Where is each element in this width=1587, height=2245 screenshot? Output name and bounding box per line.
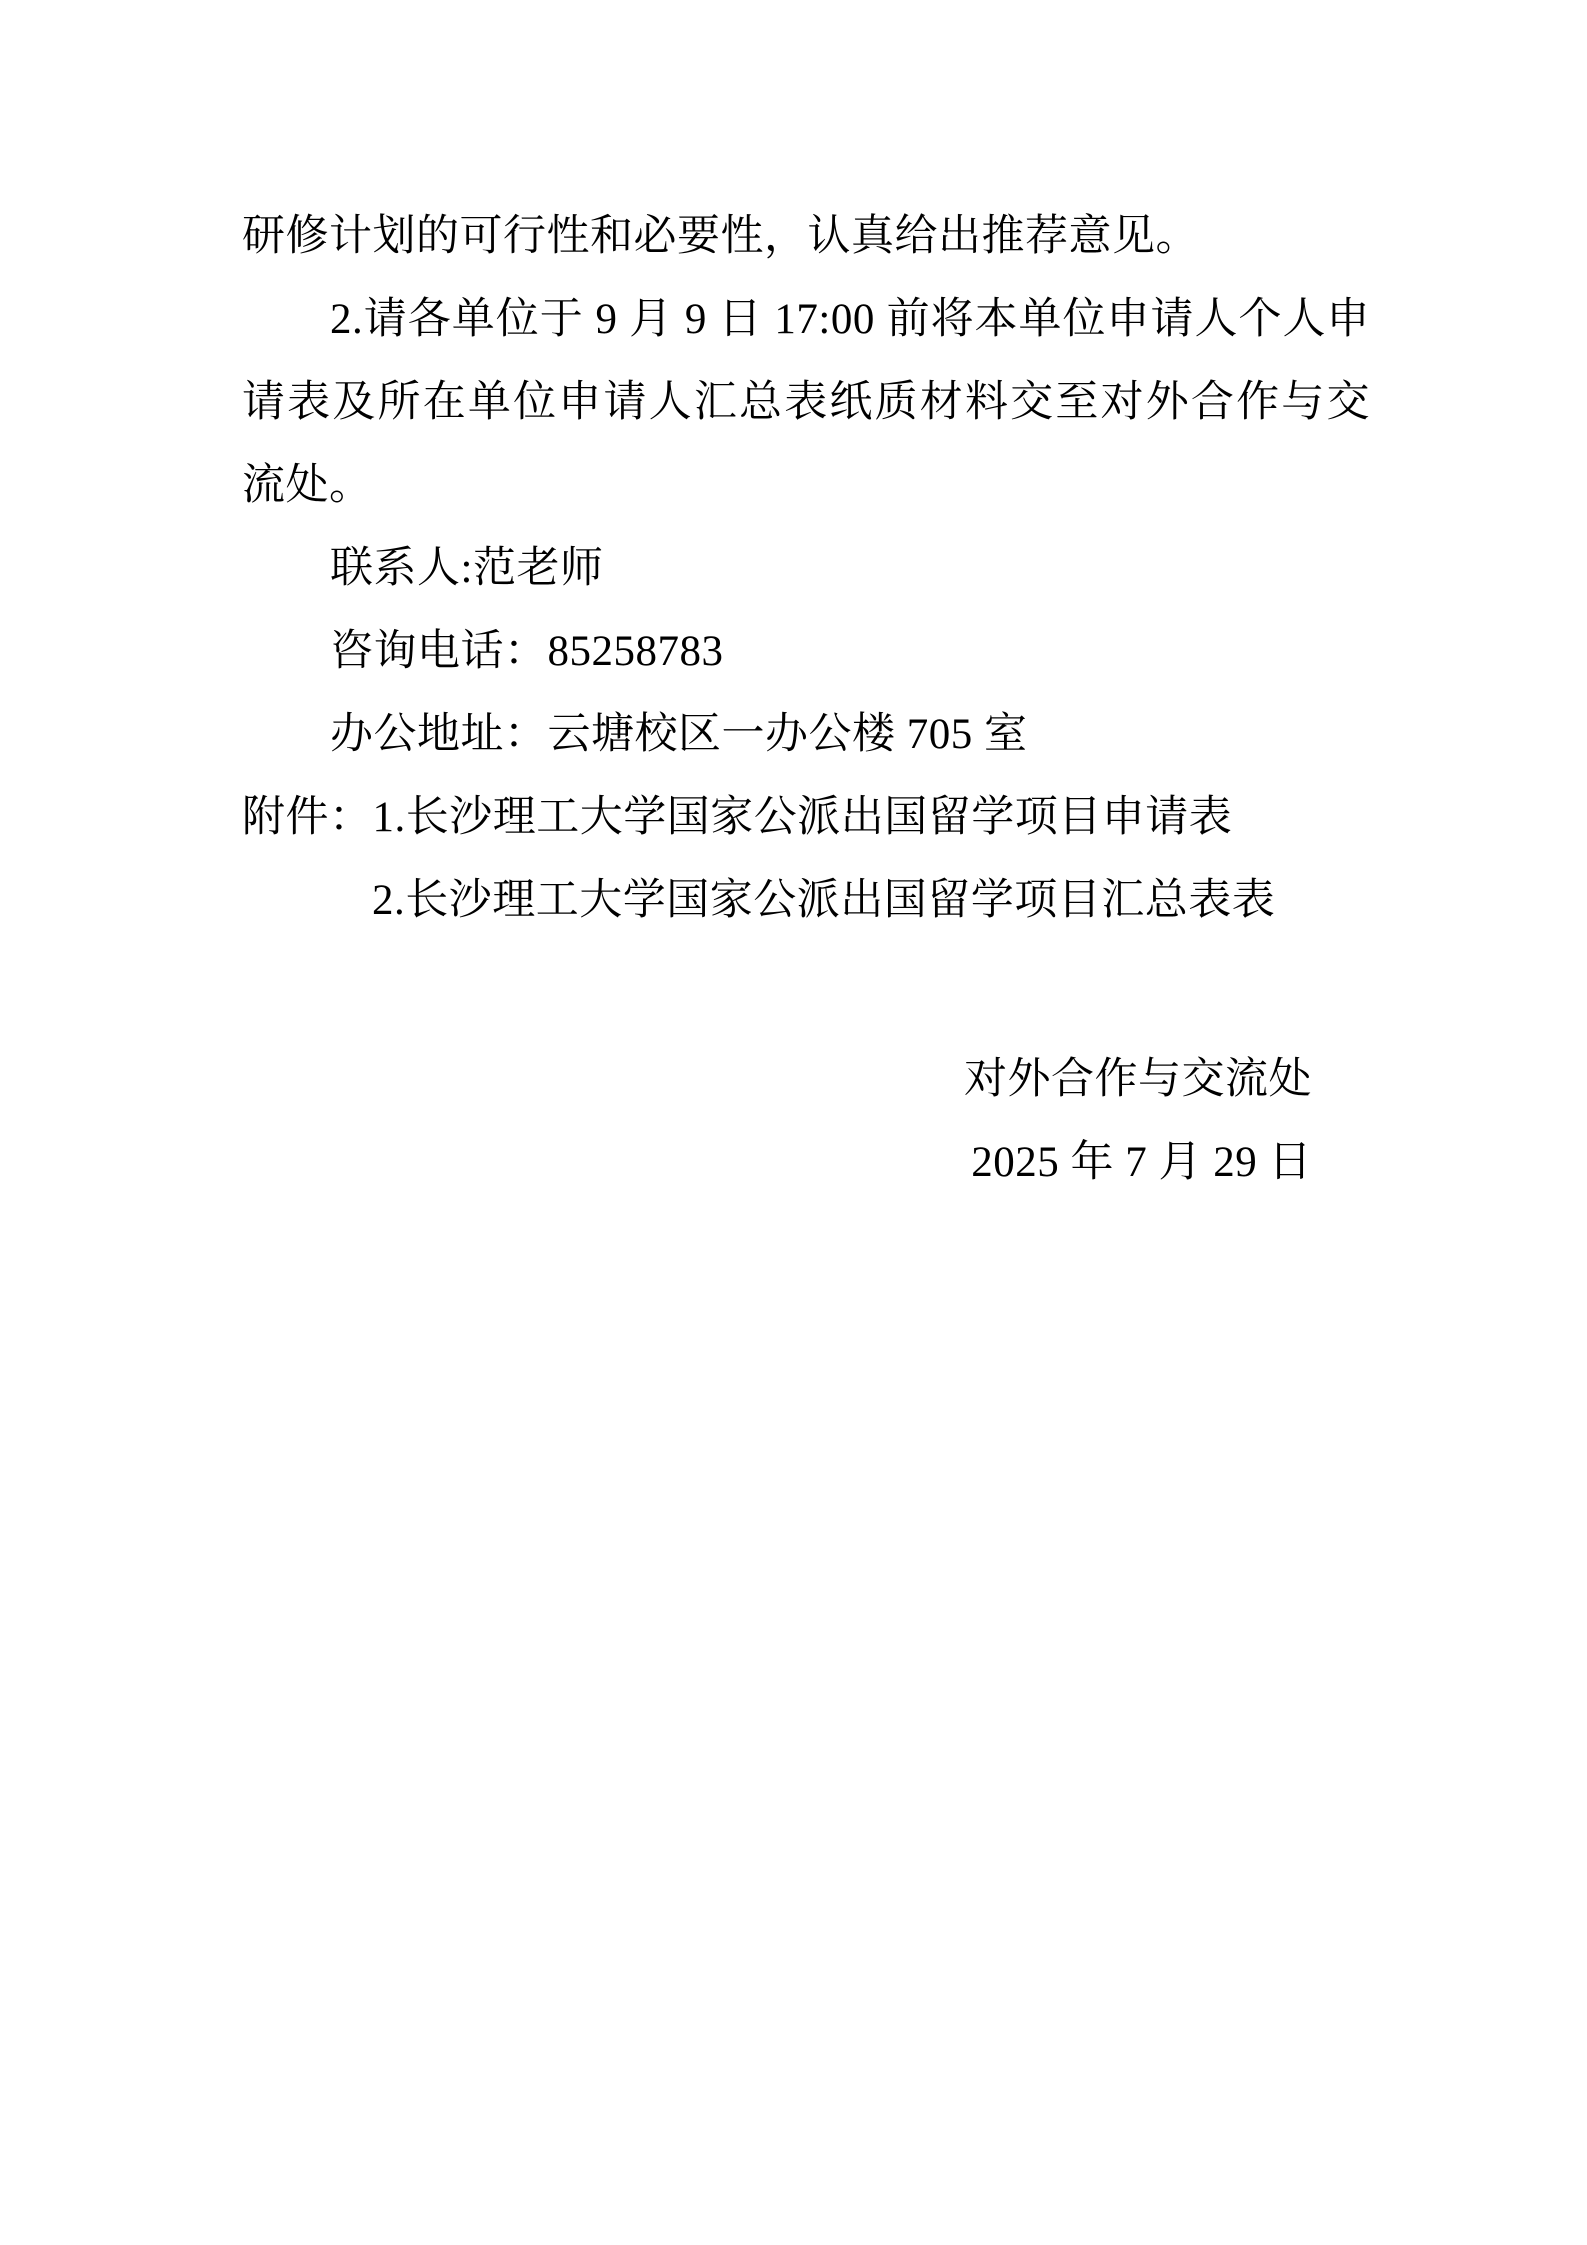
signature-block: 对外合作与交流处 2025 年 7 月 29 日 [242,1038,1370,1204]
signature-department: 对外合作与交流处 [242,1038,1312,1121]
contact-person-line: 联系人:范老师 [242,527,1370,610]
contact-phone-line: 咨询电话：85258783 [242,610,1370,693]
paragraph1-last-line: 研修计划的可行性和必要性，认真给出推荐意见。 [242,195,1370,278]
signature-date: 2025 年 7 月 29 日 [242,1121,1312,1204]
document-page: 研修计划的可行性和必要性，认真给出推荐意见。 2.请各单位于 9 月 9 日 1… [0,0,1587,2245]
document-body: 研修计划的可行性和必要性，认真给出推荐意见。 2.请各单位于 9 月 9 日 1… [242,195,1370,1204]
paragraph2-line3: 流处。 [242,444,1370,527]
paragraph2-line2: 请表及所在单位申请人汇总表纸质材料交至对外合作与交 [242,361,1370,444]
paragraph2-line1: 2.请各单位于 9 月 9 日 17:00 前将本单位申请人个人申 [242,278,1370,361]
contact-address-line: 办公地址：云塘校区一办公楼 705 室 [242,693,1370,776]
attachment-item-2: 2.长沙理工大学国家公派出国留学项目汇总表表 [242,859,1370,942]
attachment-item-1: 附件：1.长沙理工大学国家公派出国留学项目申请表 [242,776,1370,859]
